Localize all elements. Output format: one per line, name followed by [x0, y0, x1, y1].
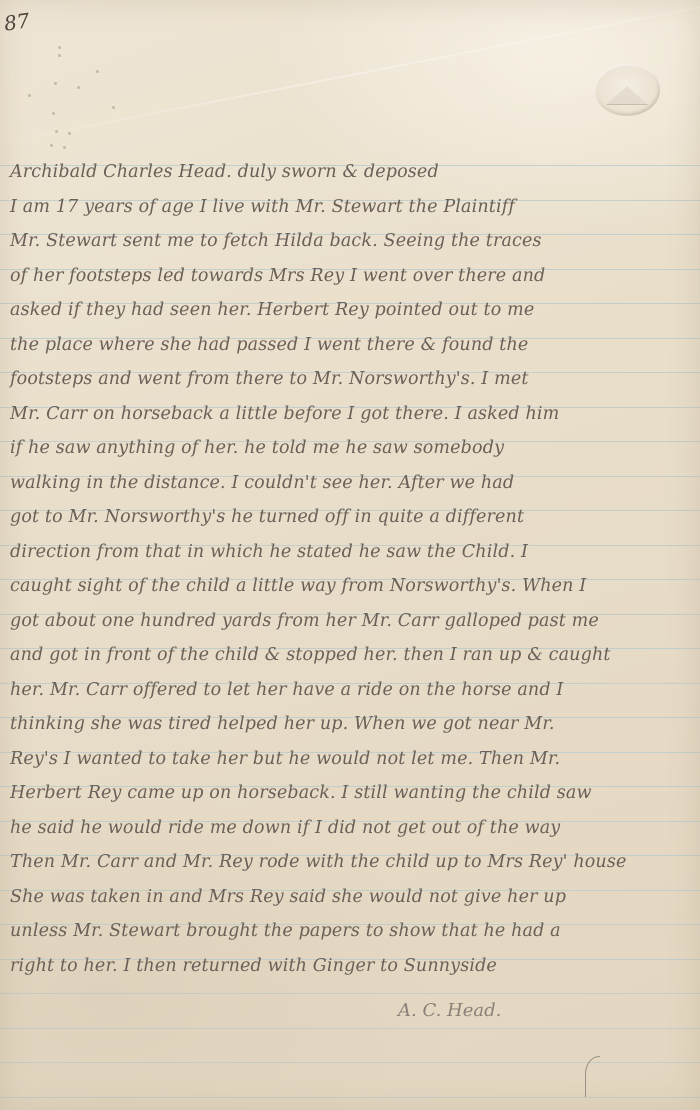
text-line: caught sight of the child a little way f… — [10, 569, 700, 604]
seal-emblem — [606, 86, 648, 105]
text-line: her. Mr. Carr offered to let her have a … — [10, 673, 700, 708]
text-line: Herbert Rey came up on horseback. I stil… — [10, 776, 700, 811]
pencil-mark — [585, 1056, 600, 1097]
text-line: of her footsteps led towards Mrs Rey I w… — [10, 259, 700, 294]
text-line: the place where she had passed I went th… — [10, 328, 700, 363]
text-line: right to her. I then returned with Ginge… — [10, 949, 700, 984]
text-line: Rey's I wanted to take her but he would … — [10, 742, 700, 777]
text-line: asked if they had seen her. Herbert Rey … — [10, 293, 700, 328]
text-line: got to Mr. Norsworthy's he turned off in… — [10, 500, 700, 535]
text-line: Then Mr. Carr and Mr. Rey rode with the … — [10, 845, 700, 880]
text-line: if he saw anything of her. he told me he… — [10, 431, 700, 466]
signature: A. C. Head. — [398, 1000, 501, 1021]
text-line: Archibald Charles Head. duly sworn & dep… — [10, 155, 700, 190]
deposition-text: Archibald Charles Head. duly sworn & dep… — [10, 168, 700, 996]
text-line: She was taken in and Mrs Rey said she wo… — [10, 880, 700, 915]
text-line: walking in the distance. I couldn't see … — [10, 466, 700, 501]
text-line: and got in front of the child & stopped … — [10, 638, 700, 673]
text-line: he said he would ride me down if I did n… — [10, 811, 700, 846]
text-line: thinking she was tired helped her up. Wh… — [10, 707, 700, 742]
text-line: Mr. Stewart sent me to fetch Hilda back.… — [10, 224, 700, 259]
text-line: got about one hundred yards from her Mr.… — [10, 604, 700, 639]
text-line: unless Mr. Stewart brought the papers to… — [10, 914, 700, 949]
text-line: direction from that in which he stated h… — [10, 535, 700, 570]
embossed-seal-icon — [594, 64, 660, 116]
text-line: footsteps and went from there to Mr. Nor… — [10, 362, 700, 397]
folio-number: 87 — [2, 8, 31, 35]
text-line: I am 17 years of age I live with Mr. Ste… — [10, 190, 700, 225]
document-page: 87 Archibald Charles Head. duly sworn & … — [0, 0, 700, 1110]
ruled-line — [0, 1028, 700, 1029]
text-line: Mr. Carr on horseback a little before I … — [10, 397, 700, 432]
